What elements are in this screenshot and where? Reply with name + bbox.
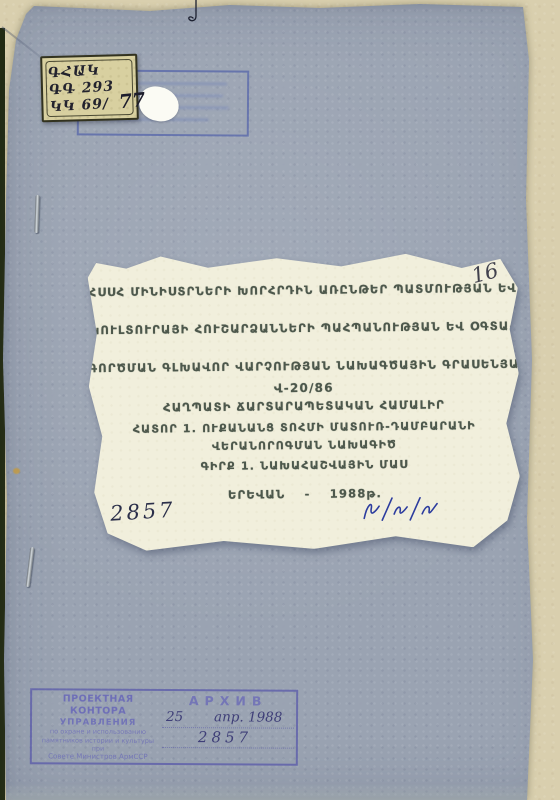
complex-title: ՀԱՂՊԱՏԻ ՃԱՐՏԱՐԱՊԵՏԱԿԱՆ ՀԱՄԱԼԻՐ	[89, 397, 519, 416]
title-card-paper: ՀՍՍՀ ՄԻՆԻՍՏՐՆԵՐԻ ԽՈՐՀՐԴԻՆ ԱՌԸՆԹԵՐ ՊԱՏՄՈՒ…	[87, 253, 520, 551]
stamp-date-day: 25	[166, 709, 183, 725]
title-card-wrap: ՀՍՍՀ ՄԻՆԻՍՏՐՆԵՐԻ ԽՈՐՀՐԴԻՆ ԱՌԸՆԹԵՐ ՊԱՏՄՈՒ…	[89, 255, 519, 549]
stamp-office-line-1: ПРОЕКТНАЯ КОНТОРА	[34, 693, 162, 717]
signature-scribble-icon	[360, 492, 440, 529]
ink-check-mark-icon	[183, 0, 207, 28]
stamp-date-month-year: апр. 1988	[214, 709, 282, 725]
cover-bottom-highlight	[0, 784, 560, 800]
project-code: Վ-20/86	[89, 379, 519, 398]
stain-dot	[13, 468, 20, 474]
handwritten-inventory-number: 2857	[109, 498, 176, 526]
stamp-date-row: 25 апр. 1988	[162, 709, 294, 729]
stamp-number-row: 2857	[162, 728, 294, 749]
stamp-entry-number: 2857	[198, 728, 252, 746]
archive-stamp: ПРОЕКТНАЯ КОНТОРА УПРАВЛЕНИЯ по охране и…	[30, 688, 298, 765]
org-line-1: ՀՍՍՀ ՄԻՆԻՍՏՐՆԵՐԻ ԽՈՐՀՐԴԻՆ ԱՌԸՆԹԵՐ ՊԱՏՄՈՒ…	[88, 281, 518, 300]
book-line: ԳԻՐՔ 1. ՆԱԽԱՀԱՇՎԱՅԻՆ ՄԱՍ	[90, 457, 520, 475]
corrected-number: 77	[118, 89, 147, 114]
org-line-3: ԳՈՐԾՄԱՆ ԳԼԽԱՎՈՐ ՎԱՐՉՈՒԹՅԱՆ ՆԱԽԱԳԾԱՅԻՆ ԳՐ…	[89, 357, 519, 376]
scanned-folder-cover: ԳՀԱԿ ԳԳ 293 ԿԿ 69/ 77 ՀՍՍՀ ՄԻՆԻՍՏՐՆԵՐԻ Խ…	[0, 0, 560, 800]
stamp-office-line-6: Совете Министров АрмССР	[34, 752, 162, 761]
volume-line-1: ՀԱՏՈՐ 1. ՈՒՔԱՆԱՆՑ ՏՈՀՄԻ ՄԱՏՈՒՌ-ԴԱՄԲԱՐԱՆԻ	[89, 419, 519, 437]
stamp-office-line-2: УПРАВЛЕНИЯ	[34, 717, 162, 728]
stamp-archive-word: АРХИВ	[162, 693, 294, 709]
volume-line-2: ՎԵՐԱՆՈՐՈԳՄԱՆ ՆԱԽԱԳԻԾ	[89, 437, 519, 455]
org-line-2: ԿՈՒԼՏՈՒՐԱՅԻ ՀՈՒՇԱՐՁԱՆՆԵՐԻ ՊԱՀՊԱՆՈՒԹՅԱՆ Ե…	[88, 319, 518, 338]
